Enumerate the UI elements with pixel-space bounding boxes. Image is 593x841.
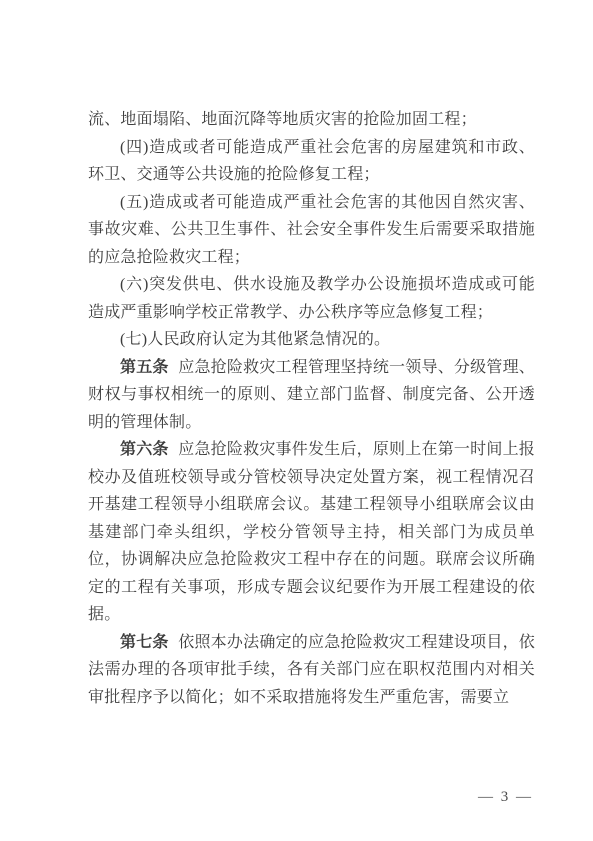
paragraph: (六)突发供电、供水设施及教学办公设施损坏造成或可能造成严重影响学校正常教学、办… [88,271,535,326]
page-number: — 3 — [478,789,533,806]
article-heading: 第五条 [120,359,169,376]
document-page: 流、地面塌陷、地面沉降等地质灾害的抢险加固工程； (四)造成或者可能造成严重社会… [0,0,593,841]
paragraph: 第六条应急抢险救灾事件发生后，原则上在第一时间上报校办及值班校领导或分管校领导决… [88,436,535,629]
article-heading: 第六条 [120,441,169,458]
paragraph-text: (五)造成或者可能造成严重社会危害的其他因自然灾害、事故灾难、公共卫生事件、社会… [88,194,535,266]
paragraph: 第五条应急抢险救灾工程管理坚持统一领导、分级管理、财权与事权相统一的原则、建立部… [88,354,535,437]
paragraph-text: 应急抢险救灾事件发生后，原则上在第一时间上报校办及值班校领导或分管校领导决定处置… [88,441,535,623]
paragraph: (七)人民政府认定为其他紧急情况的。 [88,326,535,354]
document-text-block: 流、地面塌陷、地面沉降等地质灾害的抢险加固工程； (四)造成或者可能造成严重社会… [88,106,535,711]
paragraph-text: (六)突发供电、供水设施及教学办公设施损坏造成或可能造成严重影响学校正常教学、办… [88,276,535,321]
paragraph: 第七条依照本办法确定的应急抢险救灾工程建设项目，依法需办理的各项审批手续，各有关… [88,629,535,712]
paragraph-text: (四)造成或者可能造成严重社会危害的房屋建筑和市政、环卫、交通等公共设施的抢险修… [88,139,535,184]
article-heading: 第七条 [120,634,169,651]
paragraph-text: (七)人民政府认定为其他紧急情况的。 [120,331,390,348]
paragraph: (五)造成或者可能造成严重社会危害的其他因自然灾害、事故灾难、公共卫生事件、社会… [88,189,535,272]
paragraph: (四)造成或者可能造成严重社会危害的房屋建筑和市政、环卫、交通等公共设施的抢险修… [88,134,535,189]
paragraph-text: 流、地面塌陷、地面沉降等地质灾害的抢险加固工程； [88,111,477,128]
paragraph: 流、地面塌陷、地面沉降等地质灾害的抢险加固工程； [88,106,535,134]
